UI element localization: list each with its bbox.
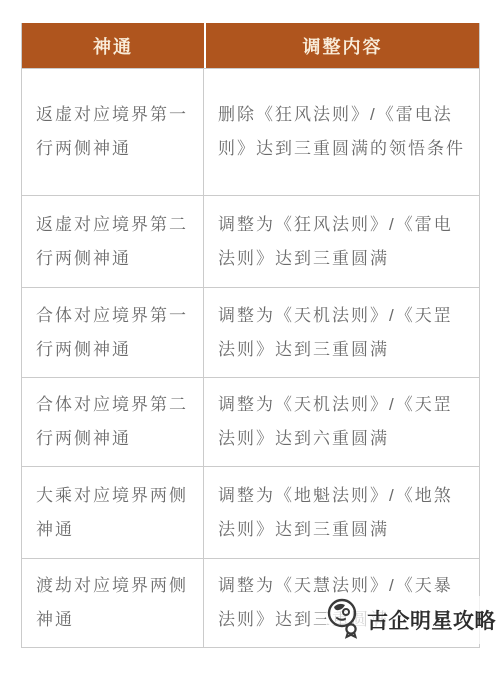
adjustment-cell: 调整为《天机法则》/《天罡法则》达到六重圆满 — [204, 377, 479, 466]
ability-text: 返虚对应境界第一行两侧神通 — [36, 98, 189, 166]
header-cell-ability: 神通 — [22, 23, 204, 68]
adjustment-text: 删除《狂风法则》/《雷电法则》达到三重圆满的领悟条件 — [218, 98, 465, 166]
watermark: 古企明星攻略 — [326, 596, 482, 644]
adjustment-text: 调整为《地魁法则》/《地煞法则》达到三重圆满 — [218, 479, 465, 547]
ability-text: 大乘对应境界两侧神通 — [36, 479, 189, 547]
header-cell-adjustment: 调整内容 — [204, 23, 479, 68]
watermark-label: 古企明星攻略 — [367, 605, 496, 635]
adjustment-cell: 删除《狂风法则》/《雷电法则》达到三重圆满的领悟条件 — [204, 68, 479, 195]
ability-cell: 大乘对应境界两侧神通 — [22, 466, 204, 558]
adjustment-text: 调整为《天机法则》/《天罡法则》达到六重圆满 — [218, 388, 465, 456]
adjustment-text: 调整为《天机法则》/《天罡法则》达到三重圆满 — [218, 299, 465, 367]
ability-cell: 渡劫对应境界两侧神通 — [22, 558, 204, 647]
page: 神通 调整内容 返虚对应境界第一行两侧神通 删除《狂风法则》/《雷电法则》达到三… — [0, 0, 500, 673]
adjustment-table: 神通 调整内容 返虚对应境界第一行两侧神通 删除《狂风法则》/《雷电法则》达到三… — [21, 23, 480, 648]
ability-cell: 合体对应境界第一行两侧神通 — [22, 287, 204, 377]
ability-cell: 返虚对应境界第二行两侧神通 — [22, 195, 204, 287]
ability-cell: 合体对应境界第二行两侧神通 — [22, 377, 204, 466]
adjustment-text: 调整为《狂风法则》/《雷电法则》达到三重圆满 — [218, 208, 465, 276]
adjustment-cell: 调整为《天机法则》/《天罡法则》达到三重圆满 — [204, 287, 479, 377]
ability-text: 渡劫对应境界两侧神通 — [36, 569, 189, 637]
ability-text: 合体对应境界第二行两侧神通 — [36, 388, 189, 456]
adjustment-cell: 调整为《地魁法则》/《地煞法则》达到三重圆满 — [204, 466, 479, 558]
panda-logo-icon — [326, 596, 362, 645]
ability-text: 返虚对应境界第二行两侧神通 — [36, 208, 189, 276]
ability-text: 合体对应境界第一行两侧神通 — [36, 299, 189, 367]
adjustment-cell: 调整为《狂风法则》/《雷电法则》达到三重圆满 — [204, 195, 479, 287]
ability-cell: 返虚对应境界第一行两侧神通 — [22, 68, 204, 195]
